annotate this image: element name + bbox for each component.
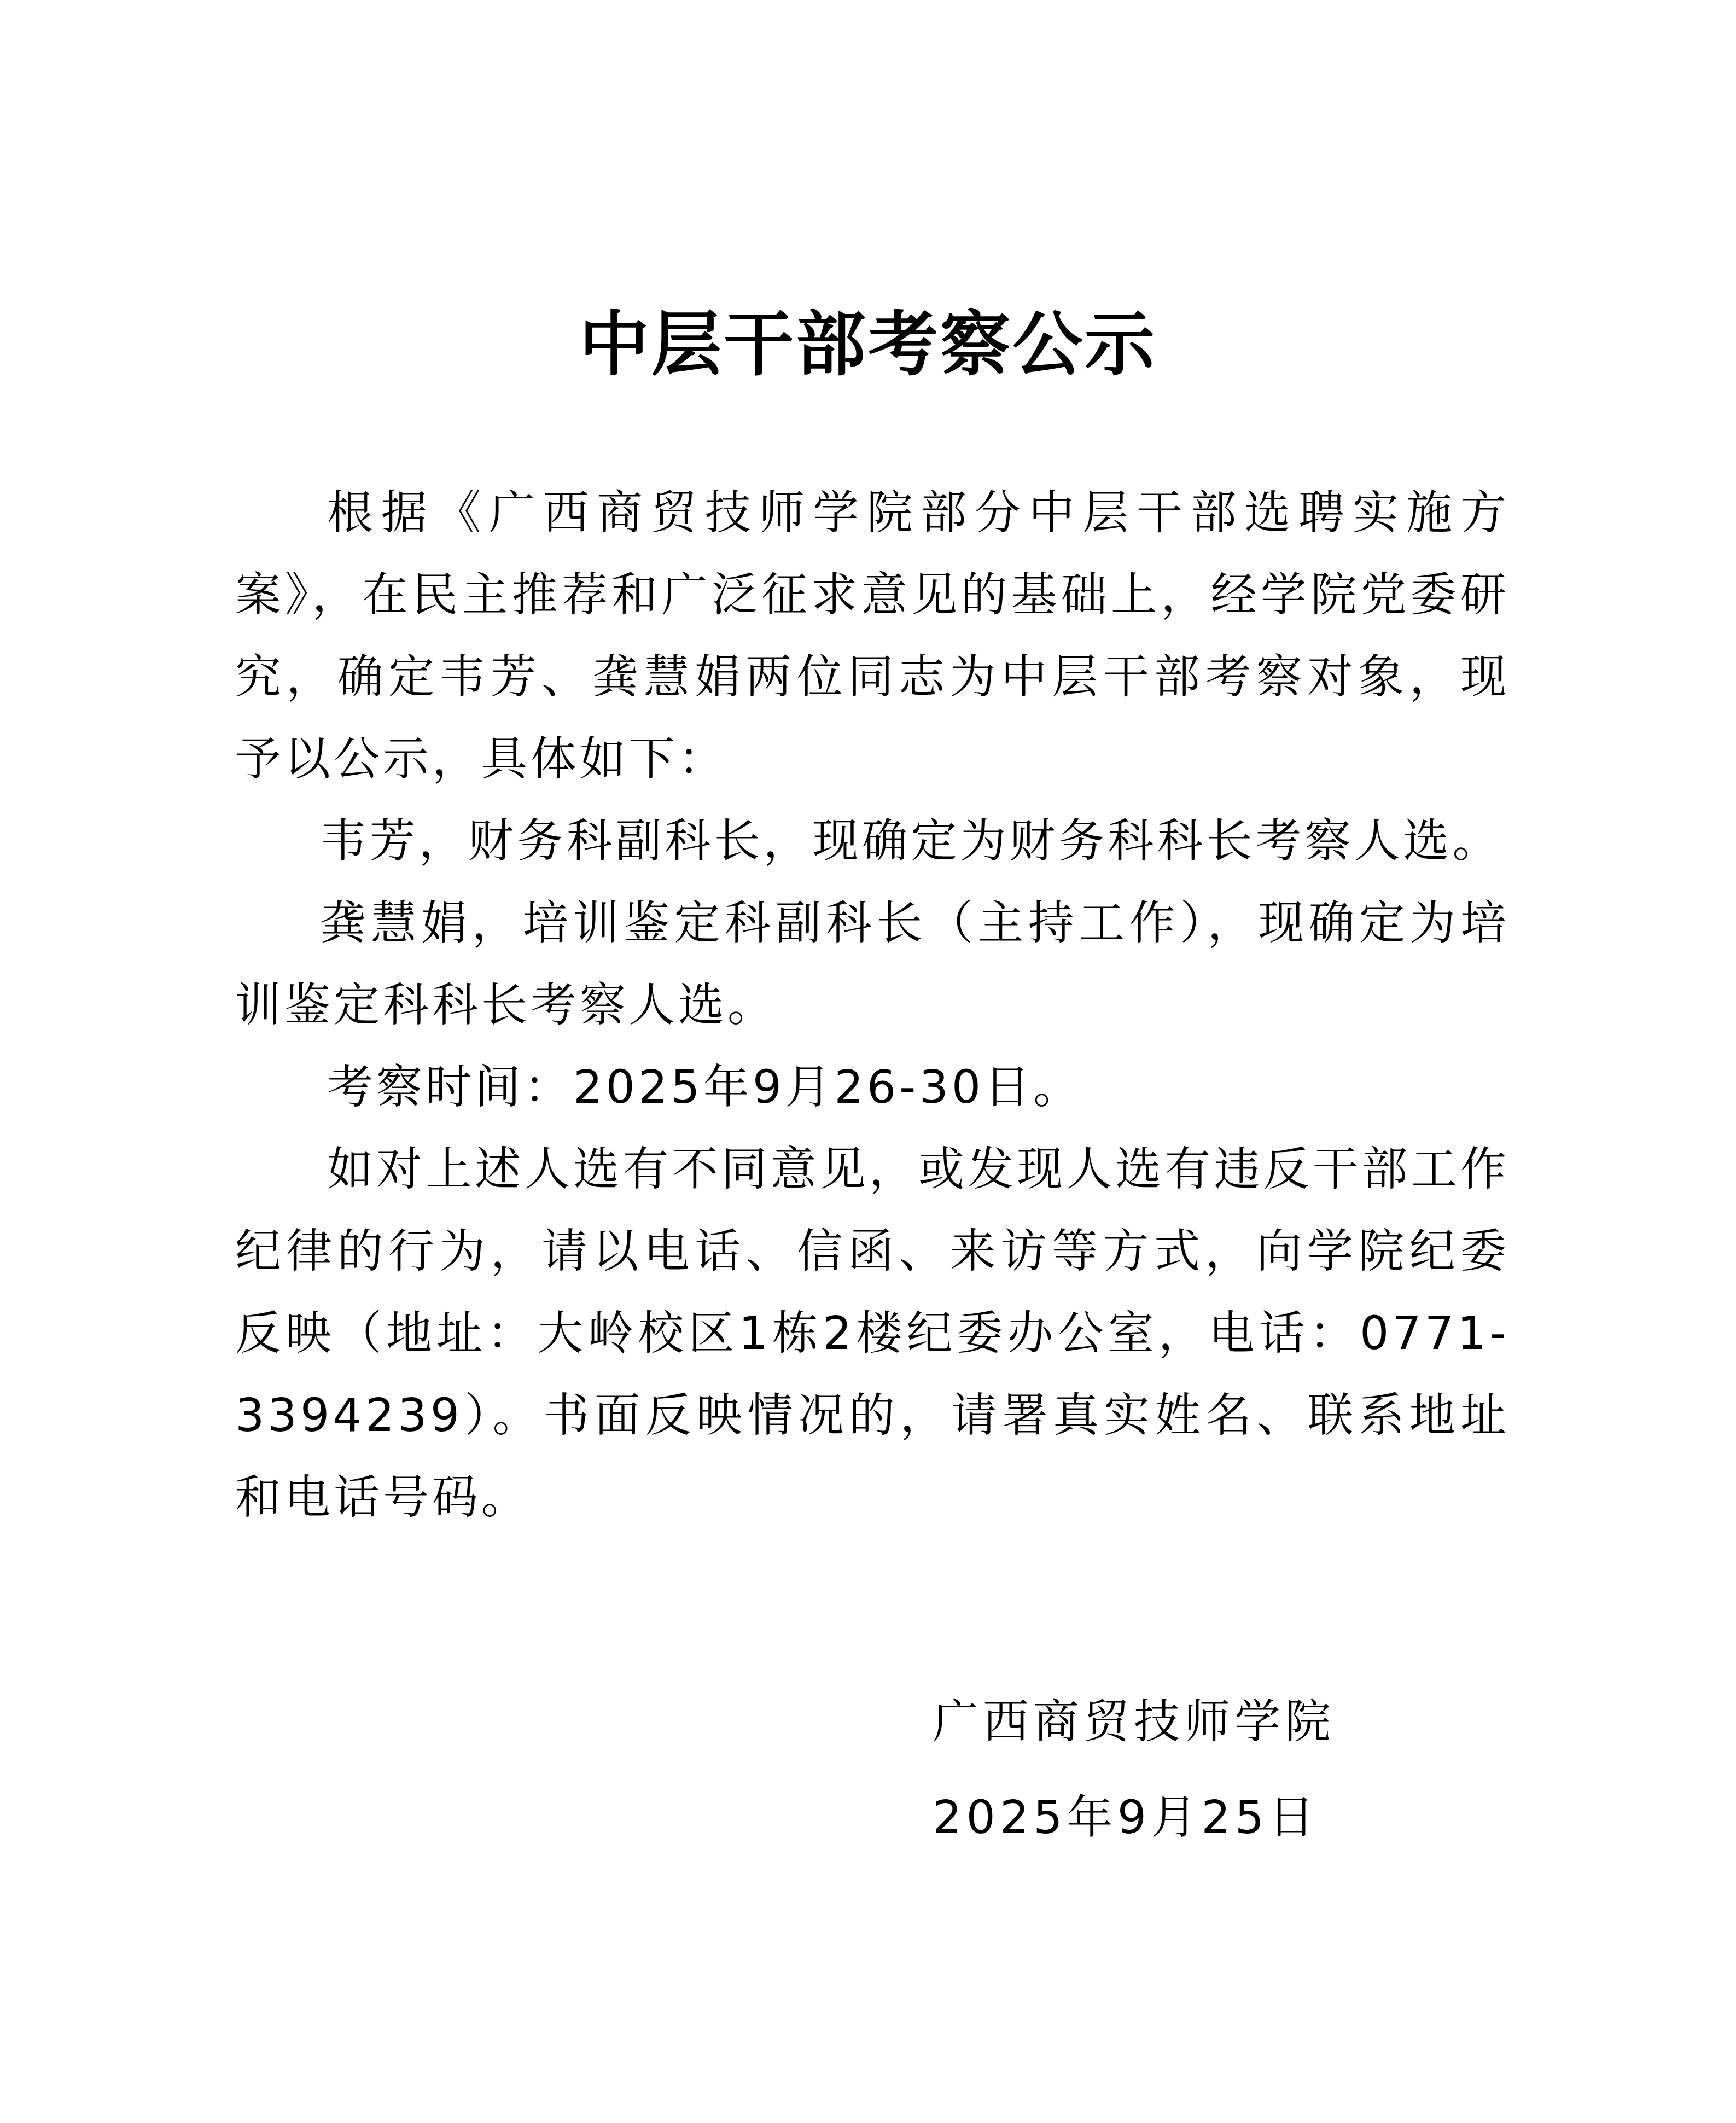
document-body: 根据《广西商贸技师学院部分中层干部选聘实施方案》，在民主推荐和广泛征求意见的基础…	[235, 472, 1510, 1538]
paragraph-intro: 根据《广西商贸技师学院部分中层干部选聘实施方案》，在民主推荐和广泛征求意见的基础…	[235, 472, 1510, 800]
paragraph-feedback-instructions: 如对上述人选有不同意见，或发现人选有违反干部工作纪律的行为，请以电话、信函、来访…	[235, 1128, 1510, 1538]
signature-date: 2025年9月25日	[933, 1770, 1335, 1865]
signature-organization: 广西商贸技师学院	[933, 1674, 1335, 1770]
paragraph-candidate-1: 韦芳，财务科副科长，现确定为财务科科长考察人选。	[235, 800, 1510, 882]
signature-block: 广西商贸技师学院 2025年9月25日	[933, 1674, 1335, 1865]
document-title: 中层干部考察公示	[0, 298, 1736, 391]
paragraph-candidate-2: 龚慧娟，培训鉴定科副科长（主持工作），现确定为培训鉴定科科长考察人选。	[235, 882, 1510, 1046]
paragraph-inspection-period: 考察时间：2025年9月26-30日。	[235, 1046, 1510, 1128]
